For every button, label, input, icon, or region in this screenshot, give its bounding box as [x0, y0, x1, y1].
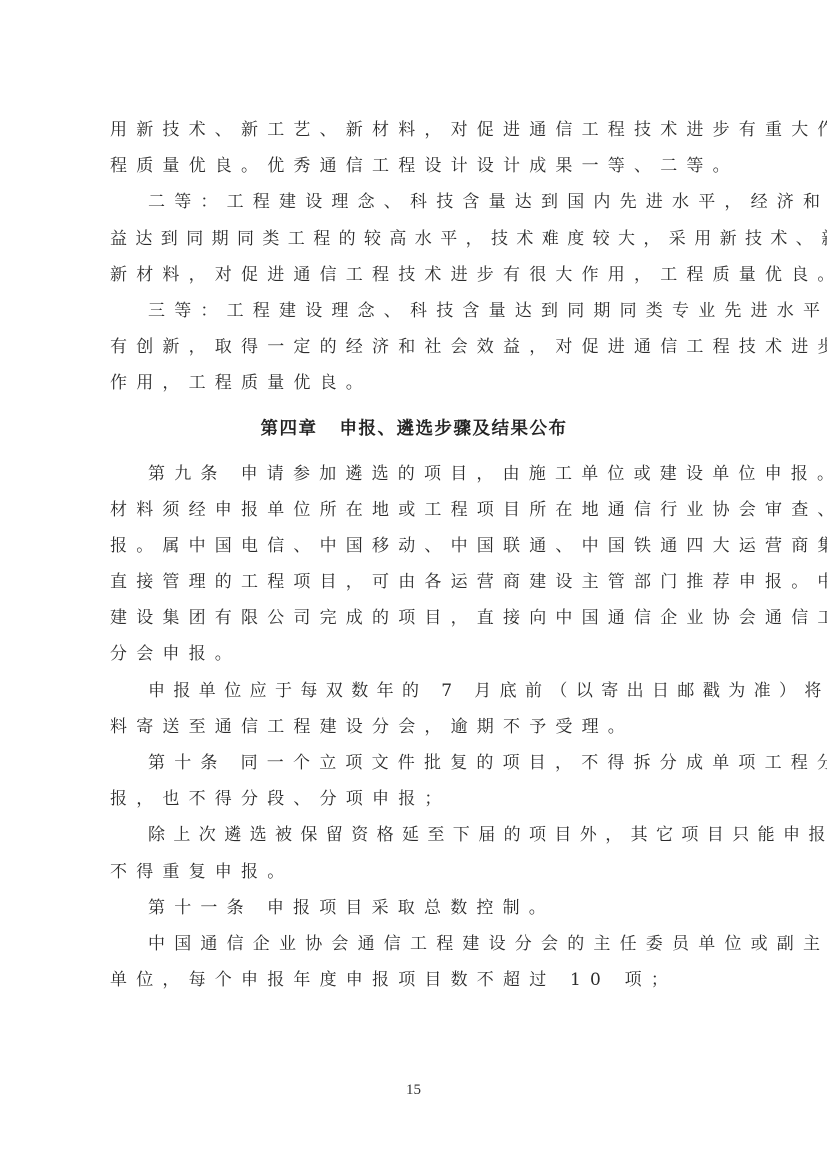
text-line: 同一个立项文件批复的项目，不得拆分成单项工程分别申: [241, 753, 827, 773]
text-line: 建设集团有限公司完成的项目，直接向中国通信企业协会通信工程建设: [110, 600, 718, 636]
text-line: 二等：工程建设理念、科技含量达到国内先进水平，经济和社会效: [110, 184, 718, 220]
text-line: 材料须经申报单位所在地或工程项目所在地通信行业协会审查、推荐申: [110, 492, 718, 528]
text-line: 有创新，取得一定的经济和社会效益，对促进通信工程技术进步有一定: [110, 329, 718, 365]
text-line: 单位，每个申报年度申报项目数不超过 10 项；: [110, 962, 718, 998]
document-page: 用新技术、新工艺、新材料，对促进通信工程技术进步有重大作用，工 程质量优良。优秀…: [0, 0, 827, 1169]
text-line: 分会申报。: [110, 636, 718, 672]
text-line: 申请参加遴选的项目，由施工单位或建设单位申报。申报: [241, 464, 827, 484]
text-line: 益达到同期同类工程的较高水平，技术难度较大，采用新技术、新工艺、: [110, 221, 718, 257]
text-line: 新材料，对促进通信工程技术进步有很大作用，工程质量优良。: [110, 257, 718, 293]
text-line: 不得重复申报。: [110, 854, 718, 890]
article-9-first-line: 第九条申请参加遴选的项目，由施工单位或建设单位申报。申报: [110, 456, 718, 492]
text-line: 除上次遴选被保留资格延至下届的项目外，其它项目只能申报一次，: [110, 817, 718, 853]
chapter-number: 第四章: [261, 419, 318, 439]
text-line: 用新技术、新工艺、新材料，对促进通信工程技术进步有重大作用，工: [110, 112, 718, 148]
text-line: 作用，工程质量优良。: [110, 365, 718, 401]
text-line: 中国通信企业协会通信工程建设分会的主任委员单位或副主任委员: [110, 926, 718, 962]
article-label: 第十条: [148, 753, 227, 773]
text-line: 料寄送至通信工程建设分会，逾期不予受理。: [110, 709, 718, 745]
text-line: 申报项目采取总数控制。: [267, 898, 555, 918]
article-label: 第十一条: [148, 898, 253, 918]
article-11-first-line: 第十一条申报项目采取总数控制。: [110, 890, 718, 926]
text-line: 报。属中国电信、中国移动、中国联通、中国铁通四大运营商集团公司: [110, 528, 718, 564]
text-line: 报，也不得分段、分项申报；: [110, 781, 718, 817]
chapter-heading: 第四章申报、遴选步骤及结果公布: [110, 404, 718, 454]
body-text: 用新技术、新工艺、新材料，对促进通信工程技术进步有重大作用，工 程质量优良。优秀…: [110, 112, 718, 998]
chapter-title: 申报、遴选步骤及结果公布: [340, 419, 568, 439]
article-10-first-line: 第十条同一个立项文件批复的项目，不得拆分成单项工程分别申: [110, 745, 718, 781]
article-label: 第九条: [148, 464, 227, 484]
text-line: 程质量优良。优秀通信工程设计设计成果一等、二等。: [110, 148, 718, 184]
text-line: 三等：工程建设理念、科技含量达到同期同类专业先进水平，技术: [110, 293, 718, 329]
page-number: 15: [0, 1082, 827, 1099]
text-line: 直接管理的工程项目，可由各运营商建设主管部门推荐申报。中国通信: [110, 564, 718, 600]
text-line: 申报单位应于每双数年的 7 月底前（以寄出日邮戳为准）将申报材: [110, 673, 718, 709]
